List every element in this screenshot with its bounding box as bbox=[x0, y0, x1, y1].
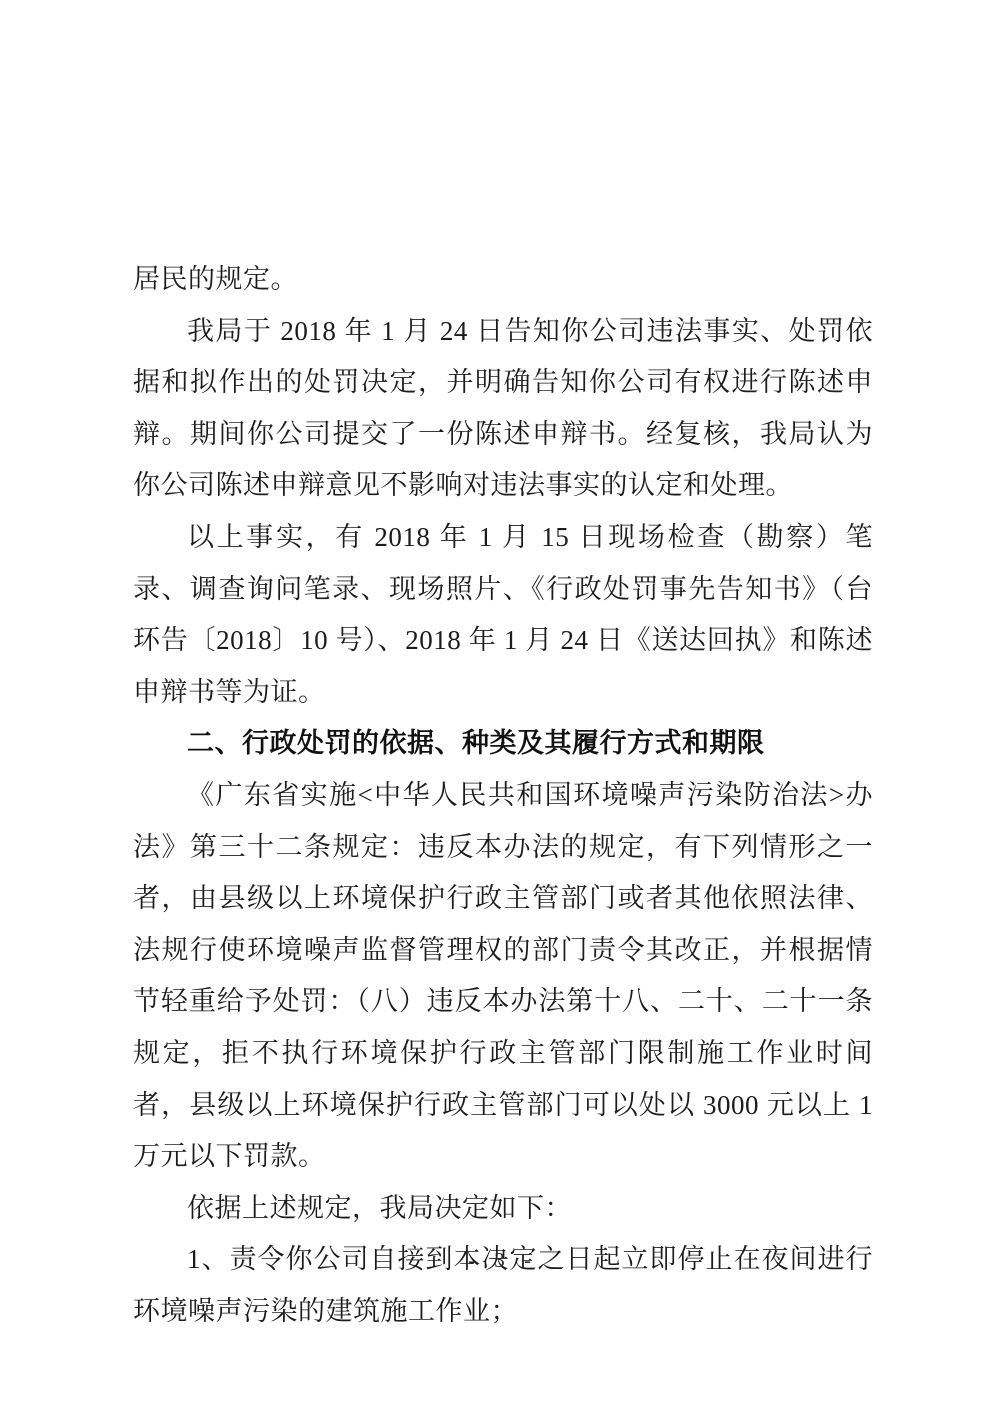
paragraph-evidence: 以上事实，有 2018 年 1 月 15 日现场检查（勘察）笔录、调查询问笔录、… bbox=[133, 512, 873, 718]
page-number: - 3 - bbox=[133, 1248, 873, 1273]
document-page: 居民的规定。 我局于 2018 年 1 月 24 日告知你公司违法事实、处罚依据… bbox=[0, 0, 992, 1403]
paragraph-legal-basis: 《广东省实施<中华人民共和国环境噪声污染防治法>办法》第三十二条规定：违反本办法… bbox=[133, 770, 873, 1183]
paragraph-decision-intro: 依据上述规定，我局决定如下： bbox=[133, 1183, 873, 1235]
document-content: 居民的规定。 我局于 2018 年 1 月 24 日告知你公司违法事实、处罚依据… bbox=[133, 254, 873, 1337]
paragraph-notification: 我局于 2018 年 1 月 24 日告知你公司违法事实、处罚依据和拟作出的处罚… bbox=[133, 306, 873, 512]
section-heading: 二、行政处罚的依据、种类及其履行方式和期限 bbox=[133, 718, 873, 770]
paragraph-continuation: 居民的规定。 bbox=[133, 254, 873, 306]
